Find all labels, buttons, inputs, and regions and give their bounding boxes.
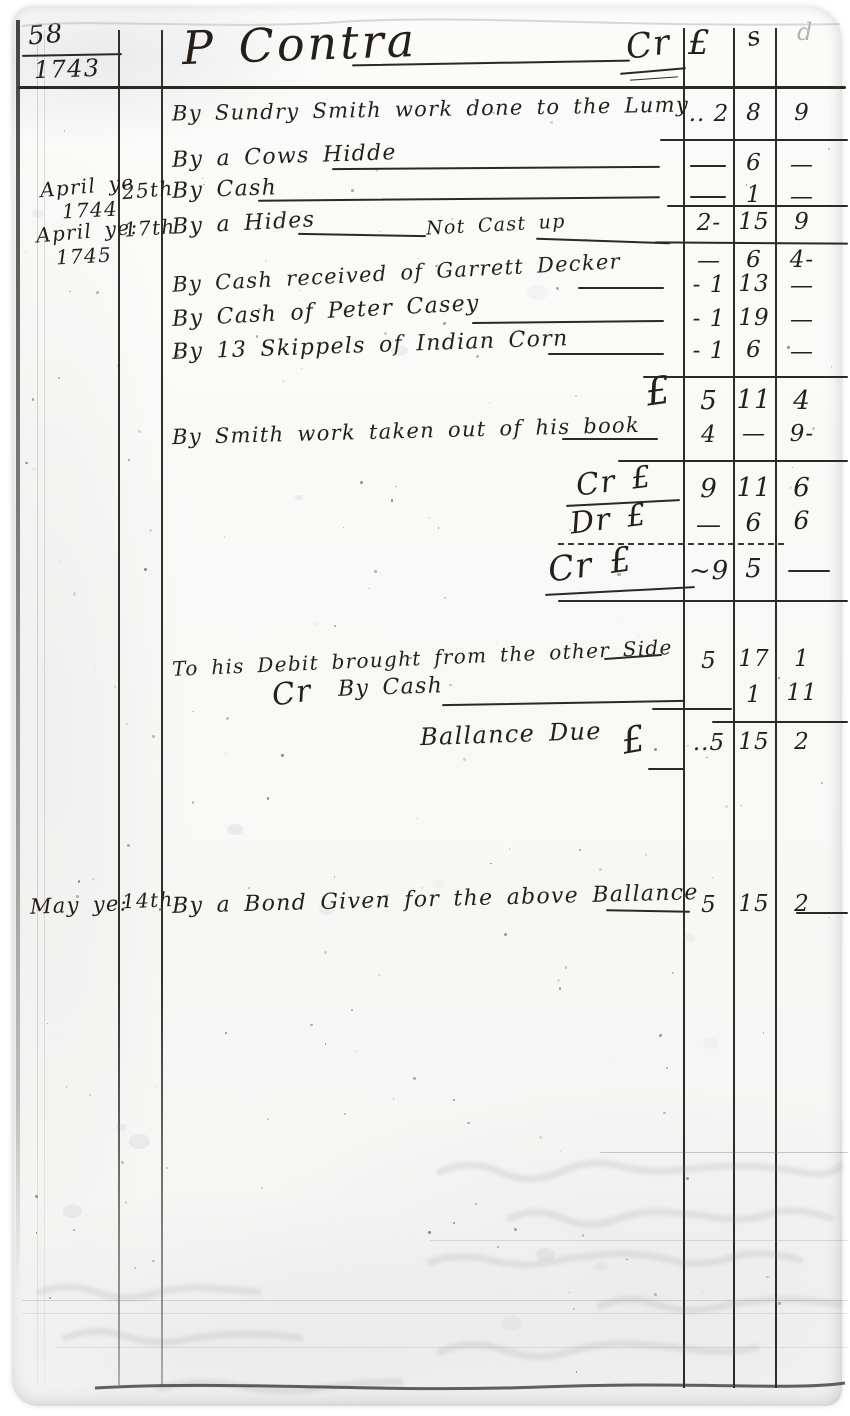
bleed-rule-4	[22, 1313, 848, 1314]
amount-shillings: 13	[735, 271, 773, 297]
amount-pounds: 2-	[686, 210, 732, 236]
pence-tail-dash	[796, 912, 848, 914]
amount-pounds: 5	[686, 648, 732, 674]
entry-dash	[578, 287, 664, 289]
amount-pence: 4-	[777, 247, 827, 273]
amount-shillings: 19	[735, 305, 773, 331]
amount-pounds: —	[686, 510, 732, 539]
rule-mid-left	[652, 708, 732, 710]
rule-above-cr-total	[618, 460, 848, 462]
amount-pence: 6	[777, 506, 827, 535]
amount-pounds: —	[686, 248, 732, 274]
entry-dash	[548, 353, 664, 355]
header-pounds: £	[688, 26, 711, 62]
amount-pounds: 5	[686, 892, 732, 918]
amount-shillings: 17	[735, 646, 773, 672]
header-pence: d	[797, 20, 814, 45]
amount-shillings: 15	[735, 729, 773, 755]
folio-number: 58	[27, 20, 65, 50]
cr-symbol: Cr	[270, 675, 314, 712]
amount-pence: 4	[777, 386, 827, 416]
amount-shillings: 6	[735, 150, 773, 176]
ledger-page-scan: 58 1743 P Contra Cr £ s d April ye 1744 …	[0, 0, 850, 1416]
amount-pounds: ~9	[686, 556, 732, 586]
bleed-rule-2	[430, 1240, 848, 1241]
rule-header	[18, 86, 846, 89]
entry-text: By Cash	[338, 674, 444, 701]
amount-pence: —	[777, 307, 827, 333]
bleed-rule-3	[22, 1300, 848, 1301]
date-day: 17th	[123, 216, 176, 241]
amount-pence: 2	[777, 729, 827, 755]
amount-shillings: 8	[735, 100, 773, 126]
amount-pence: 1	[777, 646, 827, 672]
amount-shillings: 15	[735, 891, 773, 917]
amount-shillings: 11	[735, 385, 773, 415]
amount-pence: —	[777, 152, 827, 178]
amount-shillings: 11	[735, 473, 773, 503]
amount-shillings: 6	[735, 337, 773, 363]
amount-pounds: 9	[686, 474, 732, 504]
amount-pence: 6	[777, 473, 827, 503]
rule-left-paper-edge	[16, 20, 20, 1290]
header-cr-symbol: Cr	[624, 25, 673, 67]
amount-pounds: 4	[686, 422, 732, 448]
rule-under-cr-totals	[558, 600, 848, 602]
amount-pence: 9-	[777, 421, 827, 447]
rule-above-subtotal	[643, 376, 848, 378]
pounds-dash	[690, 165, 726, 167]
amount-pounds: 5	[686, 386, 732, 416]
rule-box-top	[667, 205, 848, 207]
amount-pounds: .. 2	[686, 101, 732, 127]
amount-pence: 9	[777, 209, 827, 235]
rule-mid-right	[712, 721, 848, 723]
amount-pounds: ..5	[686, 730, 732, 756]
date-year: 1745	[55, 245, 112, 269]
amount-shillings: 6	[735, 508, 773, 537]
bleed-rule-1	[600, 1152, 848, 1153]
pounds-dash	[690, 196, 726, 198]
amount-pounds: - 1	[686, 338, 732, 364]
amount-shillings: —	[735, 421, 773, 447]
amount-pounds: - 1	[686, 272, 732, 298]
amount-shillings: 15	[735, 209, 773, 235]
subtotal-pound-sign: £	[643, 370, 674, 413]
amount-shillings: 6	[735, 247, 773, 273]
pence-dash	[788, 570, 830, 572]
amount-shillings: 1	[735, 682, 773, 708]
amount-pence: 9	[777, 100, 827, 126]
rule-under-entry0	[660, 139, 848, 141]
amount-shillings: 5	[735, 554, 773, 584]
amount-pounds: - 1	[686, 306, 732, 332]
rule-under-ballance	[648, 768, 684, 770]
date-day: 25th	[121, 178, 174, 203]
amount-pence: 11	[777, 680, 827, 706]
entry-dash	[562, 438, 658, 440]
entry-text: Ballance Due	[420, 719, 603, 751]
bleed-rule-5	[55, 1347, 848, 1348]
folio-year: 1743	[34, 56, 101, 83]
amount-pence: —	[777, 273, 827, 299]
amount-pence: —	[777, 339, 827, 365]
date-month: May ye:	[30, 892, 129, 917]
